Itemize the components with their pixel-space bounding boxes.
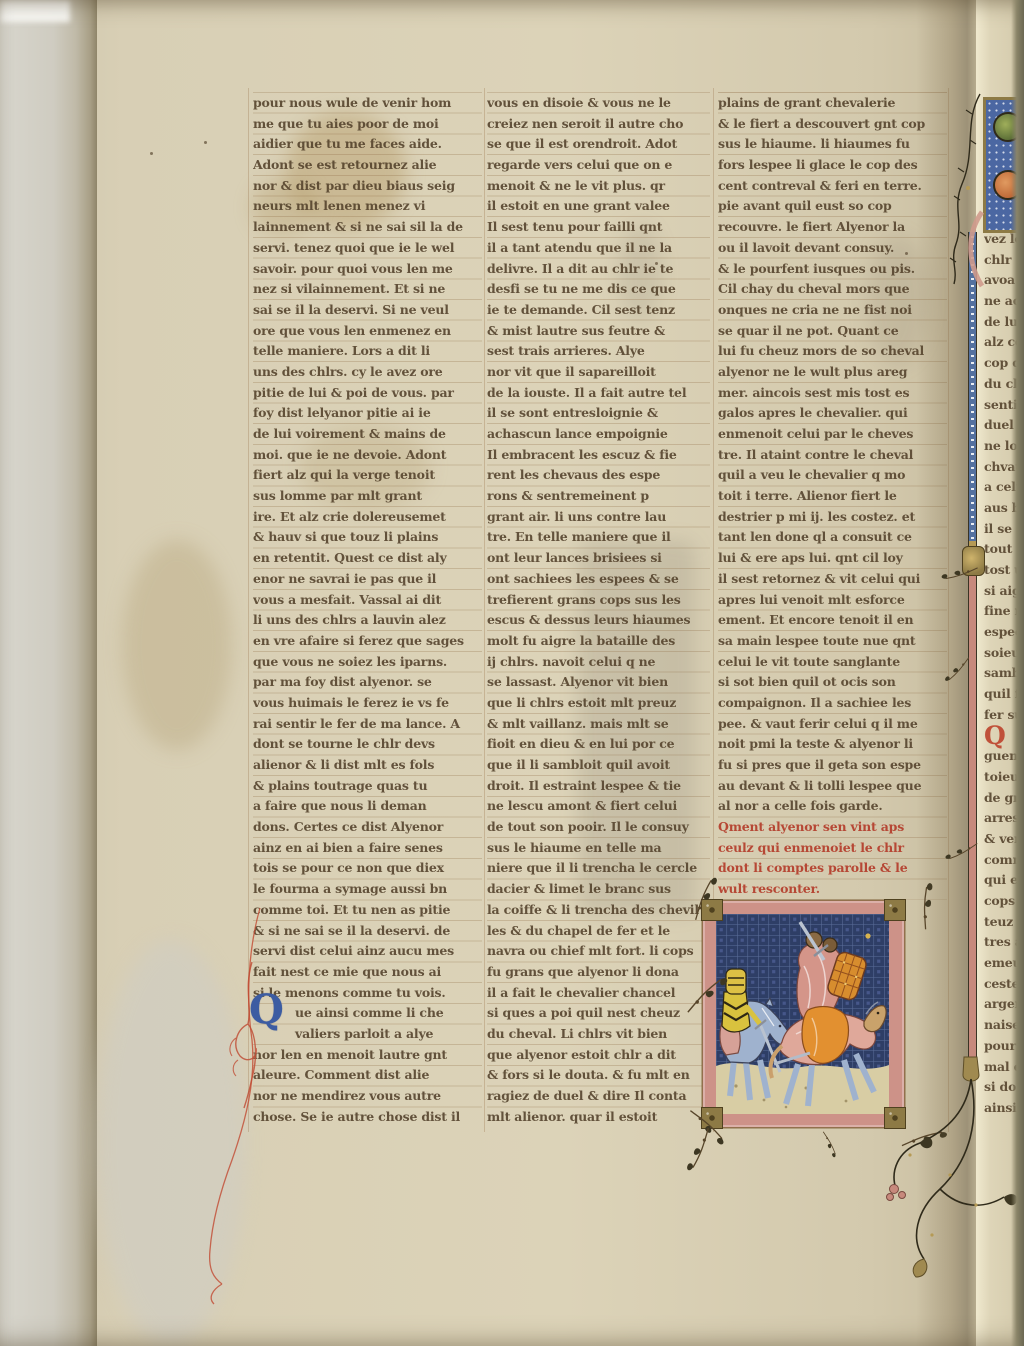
text-line: fu si pres que il geta son espe [718,755,947,776]
text-line: dont se tourne le chlr devs [253,734,482,755]
text-line: que il li sambloit quil avoit [487,755,710,776]
text-line: de la iouste. Il a fait autre tel [487,383,710,404]
text-line: desfi se tu ne me dis ce que [487,279,710,300]
text-line: achascun lance empoignie [487,424,710,445]
text-line: nor vit que il sapareilloit [487,362,710,383]
text-line: ement. Et encore tenoit il en [718,610,947,631]
text-line: & mlt vaillanz. mais mlt se [487,714,710,735]
text-line: navra ou chief mlt fort. li cops [487,941,710,962]
text-line: telle maniere. Lors a dit li [253,341,482,362]
parchment-stain [122,540,232,750]
text-line: pitie de lui & poi de vous. par [253,383,482,404]
text-line: en vre afaire si ferez que sages [253,631,482,652]
text-line: aidier que tu me faces aide. [253,134,482,155]
thorn-flourish [946,92,986,342]
text-line: fioit en dieu & en lui por ce [487,734,710,755]
text-line: vous a mesfait. Vassal ai dit [253,590,482,611]
text-line: il sest retornez & vit celui qui [718,569,947,590]
text-line: escus & dessus leurs hiaumes [487,610,710,631]
text-line: & fors si le douta. & fu mlt en [487,1065,710,1086]
text-line: sa main lespee toute nue qnt [718,631,947,652]
text-line: tant len done ql a consuit ce [718,527,947,548]
text-line: nor ne mendirez vous autre [253,1086,482,1107]
text-line: li uns des chlrs a lauvin alez [253,610,482,631]
text-line: sai se il la deservi. Si ne veul [253,300,482,321]
text-line: a faire que nous li deman [253,796,482,817]
text-line: ont sachiees les espees & se [487,569,710,590]
text-line: lui & ere aps lui. qnt cil loy [718,548,947,569]
text-line: ont leur lances brisiees si [487,548,710,569]
text-line: il se sont entresloignie & [487,403,710,424]
text-line: cent contreval & feri en terre. [718,176,947,197]
text-line: nez si vilainnement. Et si ne [253,279,482,300]
text-line: trefierent grans cops sus les [487,590,710,611]
text-column-1: pour nous wule de venir homme que tu aie… [253,92,482,1127]
text-line: fu grans que alyenor li dona [487,962,710,983]
text-line: si ques a poi quil nest cheuz [487,1003,710,1024]
rubric-line: Qment alyenor sen vint aps [718,817,947,838]
text-line: destrier p mi ij. les costez. et [718,507,947,528]
text-line: ne lescu amont & fiert celui [487,796,710,817]
text-column-3: plains de grant chevalerie& le fiert a d… [718,92,947,900]
text-line: delivre. Il a dit au chlr ie te [487,259,710,280]
text-line: vous huimais le ferez ie vs fe [253,693,482,714]
text-line: de lui voirement & mains de [253,424,482,445]
text-line: vous en disoie & vous ne le [487,93,710,114]
text-line: lui fu cheuz mors de so cheval [718,341,947,362]
page-edge-left [0,0,97,1346]
text-line: ij chlrs. navoit celui q ne [487,652,710,673]
text-line: & si ne sai se il la deservi. de [253,921,482,942]
text-line: quil a veu le chevalier q mo [718,465,947,486]
text-line: & mist lautre sus feutre & [487,321,710,342]
text-line: enor ne savrai ie pas que il [253,569,482,590]
text-line: ragiez de duel & dire Il conta [487,1086,710,1107]
text-line: mer. aincois sest mis tost es [718,383,947,404]
text-line: regarde vers celui que on e [487,155,710,176]
miniature-frame [702,900,905,1128]
text-line: tre. En telle maniere que il [487,527,710,548]
text-line: fait nest ce mie que nous ai [253,962,482,983]
rubric-line: dont li comptes parolle & le [718,858,947,879]
text-line: enmenoit celui par le cheves [718,424,947,445]
text-line: al nor a celle fois garde. [718,796,947,817]
ink-speck [150,152,153,155]
text-line: Il embracent les escuz & fie [487,445,710,466]
text-line: foy dist lelyanor pitie ai ie [253,403,482,424]
ivy-leaf-ornament [682,873,725,923]
text-line: droit. Il estraint lespee & tie [487,776,710,797]
text-line: & le pourfent iusques ou pis. [718,259,947,280]
text-line: rent les chevaus des espe [487,465,710,486]
text-line: & plains toutrage quas tu [253,776,482,797]
text-line: se que il est orendroit. Adot [487,134,710,155]
text-line: celui le vit toute sanglante [718,652,947,673]
text-line: & le fiert a descouvert gnt cop [718,114,947,135]
text-line: uns des chlrs. cy le avez ore [253,362,482,383]
text-line: ainz en ai bien a faire senes [253,838,482,859]
text-line: noit pmi la teste & alyenor li [718,734,947,755]
text-line: pie avant quil eust so cop [718,196,947,217]
text-line: que vous ne soiez les iparns. [253,652,482,673]
text-line: niere que il li trencha le cercle [487,858,710,879]
text-line: servi dist celui ainz aucu mes [253,941,482,962]
bar-terminal-vine [880,1055,1024,1295]
book-fore-edge [1011,0,1024,1346]
ink-speck [204,141,207,144]
miniature-art [716,914,891,1114]
text-line: il estoit en une grant valee [487,196,710,217]
scan-highlight [0,0,70,22]
text-line: il a fait le chevalier chancel [487,983,710,1004]
decorated-initial-q: Q [249,988,291,1036]
text-line: se quar il ne pot. Quant ce [718,321,947,342]
text-line: de tout son pooir. Il le consuy [487,817,710,838]
text-line: pour nous wule de venir hom [253,93,482,114]
text-line: Adont se est retournez alie [253,155,482,176]
text-line: molt fu aigre la bataille des [487,631,710,652]
text-line: tois se pour ce non que diex [253,858,482,879]
text-line: savoir. pour quoi vous len me [253,259,482,280]
text-line: me que tu aies poor de moi [253,114,482,135]
text-line: rai sentir le fer de ma lance. A [253,714,482,735]
gold-star [865,933,870,938]
text-line: grant air. li uns contre lau [487,507,710,528]
text-line: la coiffe & li trencha des chevil [487,900,710,921]
ruling-line-vertical [484,88,485,1132]
text-line: lainnement & si ne sai sil la de [253,217,482,238]
text-line: nor & dist par dieu biaus seig [253,176,482,197]
text-line: le fourma a symage aussi bn [253,879,482,900]
text-line: si sot bien quil ot ocis son [718,672,947,693]
text-line: il a tant atendu que il ne la [487,238,710,259]
text-line: tre. Il ataint contre le cheval [718,445,947,466]
text-line: aleure. Comment dist alie [253,1065,482,1086]
text-line: recouvre. le fiert Alyenor la [718,217,947,238]
text-line: fors lespee li glace le cop des [718,155,947,176]
text-line: en retentit. Quest ce dist aly [253,548,482,569]
text-line: apres lui venoit mlt esforce [718,590,947,611]
text-line: ou il lavoit devant consuy. [718,238,947,259]
text-line: alienor & li dist mlt es fols [253,755,482,776]
text-line: se lassast. Alyenor vit bien [487,672,710,693]
text-line: chose. Se ie autre chose dist il [253,1107,482,1128]
text-line: sus lomme par mlt grant [253,486,482,507]
text-line: galos apres le chevalier. qui [718,403,947,424]
text-column-2: vous en disoie & vous ne lecreiez nen se… [487,92,710,1127]
text-line: ore que vous len enmenez en [253,321,482,342]
text-line: & hauv si que touz li plains [253,527,482,548]
text-line: Il sest tenu pour failli qnt [487,217,710,238]
ivy-leaf-ornament [813,1128,847,1160]
text-line: servi. tenez quoi que ie le wel [253,238,482,259]
text-line: sus le hiaume. li hiaumes fu [718,134,947,155]
text-line: sest trais arrieres. Alye [487,341,710,362]
text-line: dacier & limet le branc sus [487,879,710,900]
text-line: Cil chay du cheval mors que [718,279,947,300]
ivy-leaf-ornament [678,1125,721,1175]
text-line: comme toi. Et tu nen as pitie [253,900,482,921]
text-line: ie te demande. Cil sest tenz [487,300,710,321]
text-line: neurs mlt lenen menez vi [253,196,482,217]
text-line: nor len en menoit lautre gnt [253,1045,482,1066]
knights-combat-scene [716,914,889,1114]
text-line: onques ne cria ne ne fist noi [718,300,947,321]
text-line: moi. que ie ne devoie. Adont [253,445,482,466]
text-line: menoit & ne le vit plus. qr [487,176,710,197]
text-line: au devant & li tolli lespee que [718,776,947,797]
text-line: par ma foy dist alyenor. se [253,672,482,693]
text-line: sus le hiaume en telle ma [487,838,710,859]
text-line: que li chlrs estoit mlt preuz [487,693,710,714]
text-line: creiez nen seroit il autre cho [487,114,710,135]
column-3-body: plains de grant chevalerie& le fiert a d… [718,93,947,817]
text-line: alyenor ne le wult plus areg [718,362,947,383]
text-line: fiert alz qui la verge tenoit [253,465,482,486]
text-line: toit i terre. Alienor fiert le [718,486,947,507]
text-line: rons & sentremeinent p [487,486,710,507]
text-line: plains de grant chevalerie [718,93,947,114]
manuscript-photograph: pour nous wule de venir homme que tu aie… [0,0,1024,1346]
rubric-line: ceulz qui enmenoiet le chlr [718,838,947,859]
text-line: pee. & vaut ferir celui q il me [718,714,947,735]
text-line: que alyenor estoit chlr a dit [487,1045,710,1066]
text-line: du cheval. Li chlrs vit bien [487,1024,710,1045]
text-line: dons. Certes ce dist Alyenor [253,817,482,838]
ivy-leaf-ornament [943,653,973,688]
text-line: mlt alienor. quar il estoit [487,1107,710,1128]
text-line: compaignon. Il a sachiee les [718,693,947,714]
text-line: ire. Et alz crie dolereusemet [253,507,482,528]
text-line: les & du chapel de fer et le [487,921,710,942]
